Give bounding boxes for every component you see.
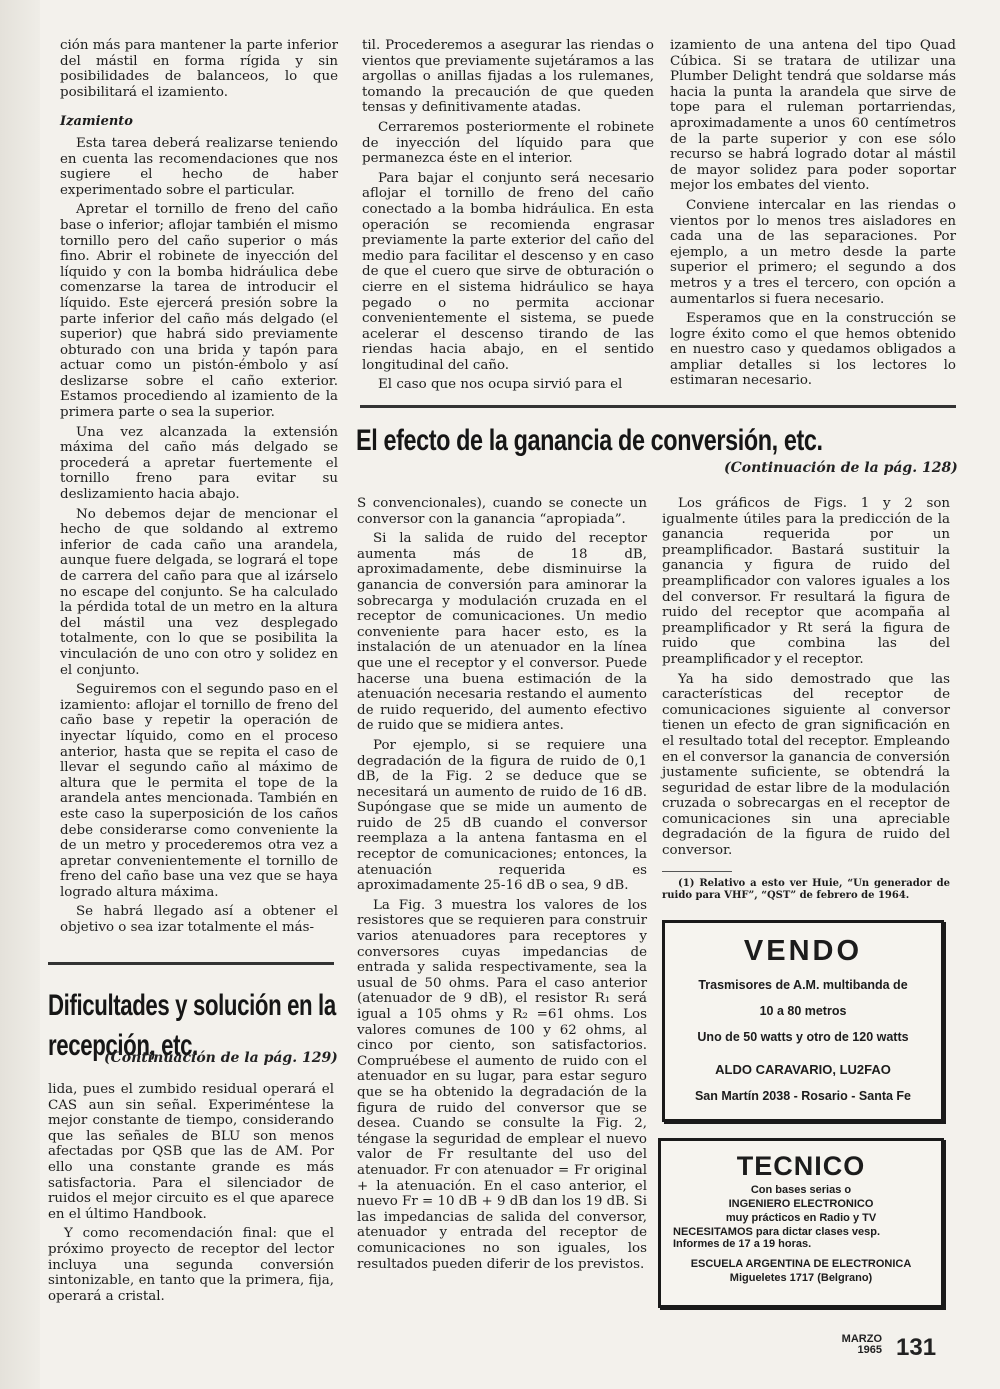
tecnico-title: TECNICO <box>661 1151 941 1182</box>
top-article-middle-column: til. Procederemos a asegurar las riendas… <box>362 38 654 397</box>
section-divider-left <box>48 962 334 965</box>
tecnico-address: Migueletes 1717 (Belgrano) <box>661 1272 941 1284</box>
paragraph: Para bajar el conjunto será necesario af… <box>362 171 654 374</box>
tecnico-line: NECESITAMOS para dictar clases vesp. <box>661 1226 941 1238</box>
paragraph: til. Procederemos a asegurar las riendas… <box>362 38 654 116</box>
paragraph: Y como recomendación final: que el próxi… <box>48 1226 334 1304</box>
efecto-article-title: El efecto de la ganancia de conversión, … <box>356 424 949 458</box>
vendo-contact-name: ALDO CARAVARIO, LU2FAO <box>665 1062 941 1077</box>
page-number: 131 <box>896 1334 936 1362</box>
dificultades-column: lida, pues el zumbido residual operará e… <box>48 1082 334 1308</box>
paragraph: lida, pues el zumbido residual operará e… <box>48 1082 334 1222</box>
issue-date: MARZO 1965 <box>832 1334 882 1356</box>
subheading-izamiento: Izamiento <box>60 114 338 130</box>
vendo-address: San Martín 2038 - Rosario - Santa Fe <box>665 1089 941 1103</box>
paragraph: Por ejemplo, si se requiere una degradac… <box>357 738 647 894</box>
tecnico-line: muy prácticos en Radio y TV <box>661 1212 941 1224</box>
top-article-left-column: ción más para mantener la parte inferior… <box>60 38 338 940</box>
paragraph: La Fig. 3 muestra los valores de los res… <box>357 898 647 1272</box>
footnote-rule <box>662 871 732 872</box>
paragraph: izamiento de una antena del tipo Quad Cú… <box>670 38 956 194</box>
vendo-advertisement: VENDO Trasmisores de A.M. multibanda de … <box>662 920 944 1122</box>
vendo-line: Uno de 50 watts y otro de 120 watts <box>665 1030 941 1044</box>
section-divider-top <box>360 405 956 408</box>
paragraph: El caso que nos ocupa sirvió para el <box>362 377 654 393</box>
tecnico-advertisement: TECNICO Con bases serias o INGENIERO ELE… <box>658 1138 944 1308</box>
paragraph: No debemos dejar de mencionar el hecho d… <box>60 507 338 679</box>
title-line-1: Dificultades y solución en la <box>48 986 344 1026</box>
page-gutter-shadow <box>0 0 40 1389</box>
paragraph: Conviene intercalar en las riendas o vie… <box>670 198 956 307</box>
vendo-line: Trasmisores de A.M. multibanda de <box>665 978 941 992</box>
efecto-middle-column: S convencionales), cuando se conecte un … <box>357 496 647 1276</box>
intro-paragraph: ción más para mantener la parte inferior… <box>60 38 338 100</box>
tecnico-line: INGENIERO ELECTRONICO <box>661 1198 941 1210</box>
paragraph: Esta tarea deberá realizarse teniendo en… <box>60 136 338 198</box>
paragraph: Los gráficos de Figs. 1 y 2 son igualmen… <box>662 496 950 668</box>
paragraph: Se habrá llegado así a obtener el objeti… <box>60 904 338 935</box>
paragraph: Cerraremos posteriormente el robinete de… <box>362 120 654 167</box>
paragraph: Esperamos que en la construcción se logr… <box>670 311 956 389</box>
paragraph: S convencionales), cuando se conecte un … <box>357 496 647 527</box>
tecnico-school-name: ESCUELA ARGENTINA DE ELECTRONICA <box>661 1258 941 1270</box>
top-article-right-column: izamiento de una antena del tipo Quad Cú… <box>670 38 956 393</box>
dificultades-continuation-note: (Continuación de la pág. 129) <box>104 1050 338 1066</box>
paragraph: Una vez alcanzada la extensión máxima de… <box>60 425 338 503</box>
paragraph: Apretar el tornillo de freno del caño ba… <box>60 202 338 420</box>
issue-year: 1965 <box>832 1345 882 1356</box>
efecto-right-column: Los gráficos de Figs. 1 y 2 son igualmen… <box>662 496 950 906</box>
paragraph: Si la salida de ruido del receptor aumen… <box>357 531 647 734</box>
footnote: (1) Relativo a esto ver Huie, “Un genera… <box>662 878 950 902</box>
paragraph: Seguiremos con el segundo paso en el iza… <box>60 682 338 900</box>
vendo-line: 10 a 80 metros <box>665 1004 941 1018</box>
tecnico-line: Con bases serias o <box>661 1184 941 1196</box>
efecto-continuation-note: (Continuación de la pág. 128) <box>724 460 958 476</box>
vendo-title: VENDO <box>665 935 941 968</box>
tecnico-line: Informes de 17 a 19 horas. <box>661 1238 941 1250</box>
paragraph: Ya ha sido demostrado que las caracterís… <box>662 672 950 859</box>
